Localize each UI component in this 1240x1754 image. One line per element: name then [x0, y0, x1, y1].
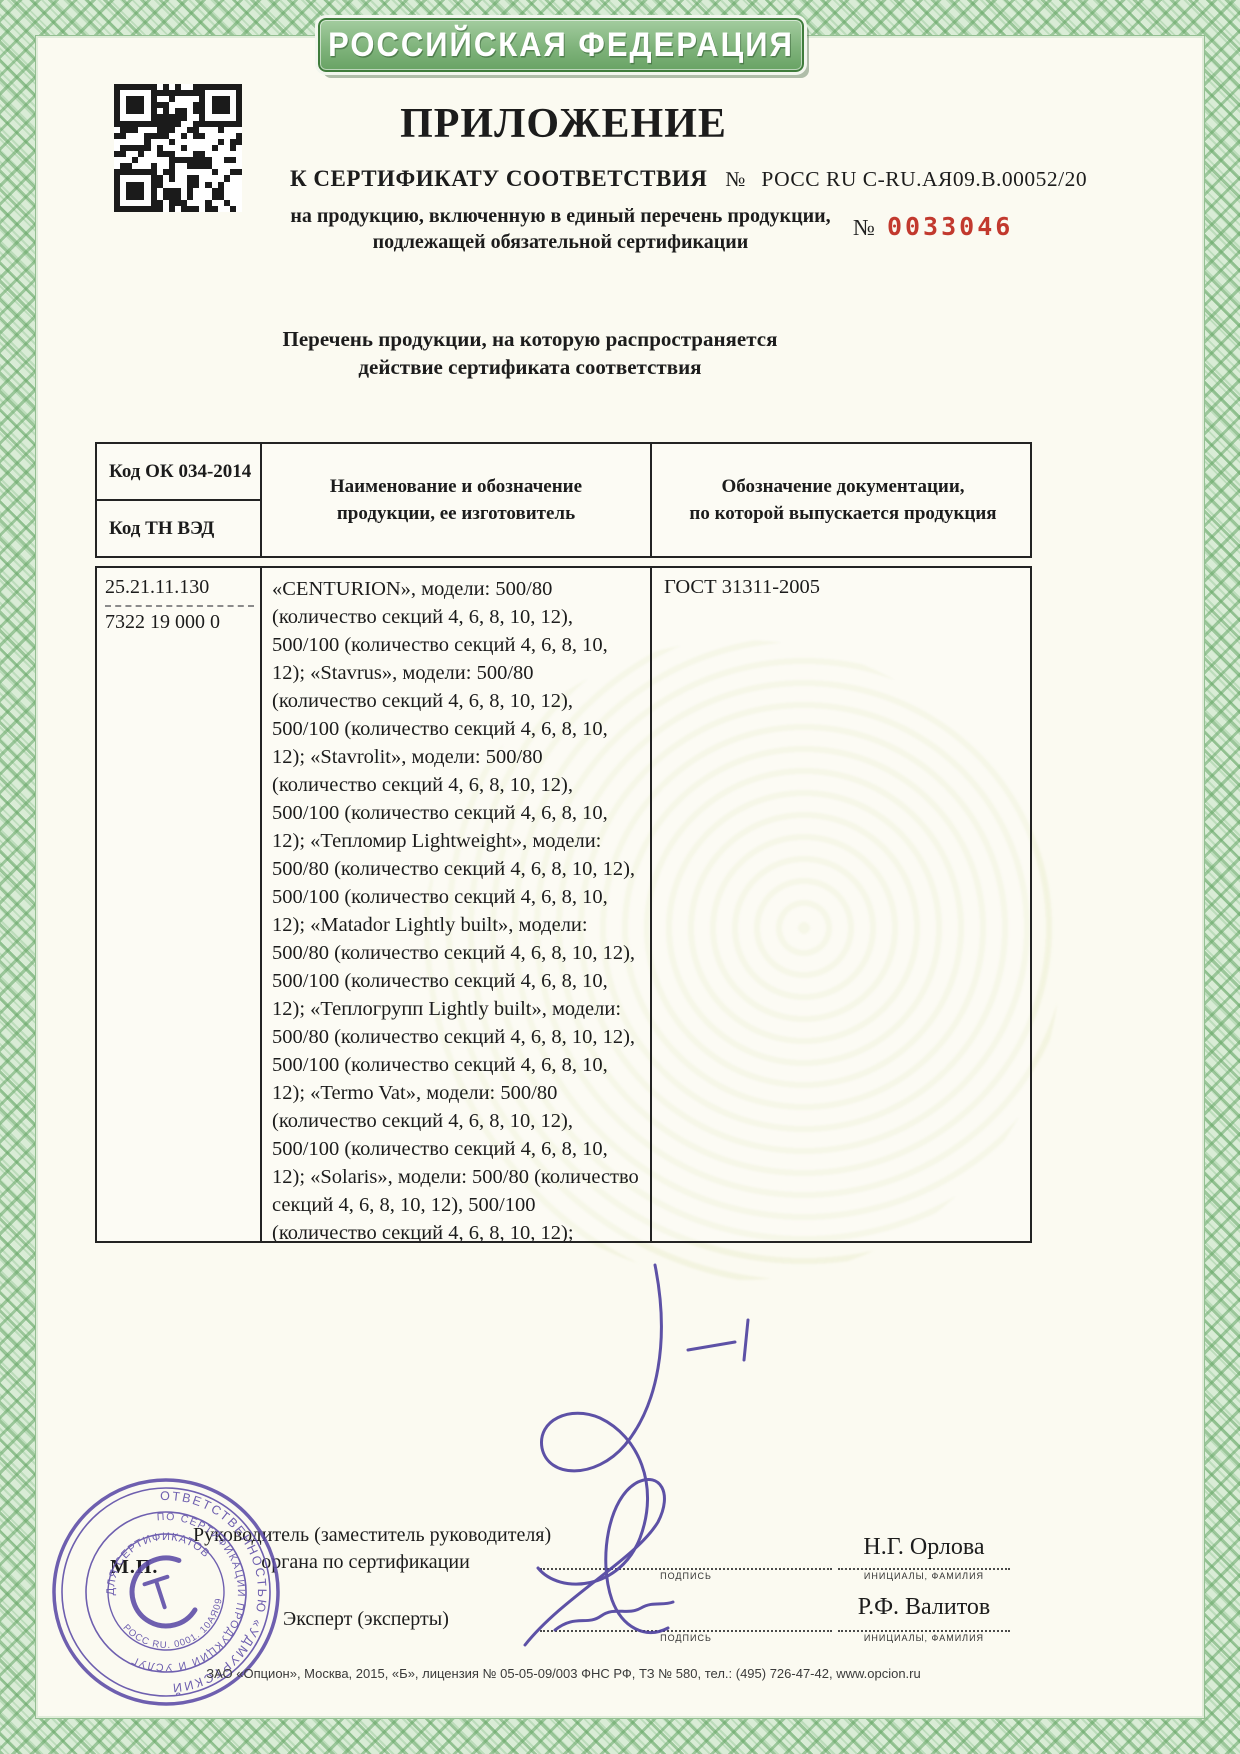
certificate-number: РОСС RU C-RU.АЯ09.В.00052/20 — [761, 167, 1087, 191]
blank-number-sign: № — [853, 215, 875, 240]
products-table-header: Код ОК 034-2014 Код ТН ВЭД Наименование … — [95, 442, 1032, 558]
section-title-line-2: действие сертификата соответствия — [95, 355, 965, 380]
head-name-line: Н.Г. Орлова — [838, 1534, 1010, 1570]
head-signer-name: Н.Г. Орлова — [863, 1534, 984, 1560]
code-tnved-value: 7322 19 000 0 — [105, 611, 254, 634]
country-banner: РОССИЙСКАЯ ФЕДЕРАЦИЯ — [318, 18, 804, 72]
initials-caption-expert: инициалы, фамилия — [838, 1633, 1010, 1643]
header-code-tnved: Код ТН ВЭД — [97, 501, 260, 556]
header-col-codes: Код ОК 034-2014 Код ТН ВЭД — [97, 444, 262, 556]
rost-test-mark-icon — [123, 1553, 197, 1635]
expert-signer-name: Р.Ф. Валитов — [858, 1594, 991, 1620]
country-banner-text: РОССИЙСКАЯ ФЕДЕРАЦИЯ — [328, 25, 794, 65]
cell-product-description: «CENTURION», модели: 500/80 (количество … — [262, 568, 652, 1241]
number-sign: № — [725, 167, 745, 191]
codes-dashed-divider — [105, 605, 254, 607]
expert-signature-line — [540, 1588, 832, 1632]
header-col-product: Наименование и обозначение продукции, ее… — [262, 444, 652, 556]
header-docs-line-1: Обозначение документации, — [721, 473, 964, 500]
expert-name-line: Р.Ф. Валитов — [838, 1594, 1010, 1632]
head-signature-line — [540, 1528, 832, 1570]
initials-caption-head: инициалы, фамилия — [838, 1571, 1010, 1581]
blank-serial-number: 0033046 — [887, 212, 1013, 241]
subtitle-line-1: на продукцию, включенную в единый перече… — [288, 205, 833, 228]
podpis-caption-expert: подпись — [540, 1633, 832, 1643]
podpis-caption-head: подпись — [540, 1571, 832, 1581]
header-code-ok: Код ОК 034-2014 — [97, 444, 260, 501]
expert-signer-label: Эксперт (эксперты) — [283, 1608, 449, 1631]
header-product-line-2: продукции, ее изготовитель — [337, 500, 575, 527]
certificate-page: РОССИЙСКАЯ ФЕДЕРАЦИЯ ПРИЛОЖЕНИЕ К СЕРТИФ… — [0, 0, 1240, 1754]
code-ok-value: 25.21.11.130 — [105, 576, 254, 605]
products-table-body: 25.21.11.130 7322 19 000 0 «CENTURION», … — [95, 566, 1032, 1243]
subtitle-line-2: подлежащей обязательной сертификации — [288, 231, 833, 254]
printing-house-info: ЗАО «Опцион», Москва, 2015, «Б», лицензи… — [95, 1666, 1032, 1681]
certificate-number-line: К СЕРТИФИКАТУ СООТВЕТСТВИЯ № РОСС RU C-R… — [290, 166, 1050, 192]
header-col-docs: Обозначение документации, по которой вып… — [652, 444, 1034, 556]
cell-codes: 25.21.11.130 7322 19 000 0 — [97, 568, 262, 1241]
header-docs-line-2: по которой выпускается продукция — [689, 500, 996, 527]
header-product-line-1: Наименование и обозначение — [330, 473, 582, 500]
certificate-line-label: К СЕРТИФИКАТУ СООТВЕТСТВИЯ — [290, 166, 707, 191]
section-title-line-1: Перечень продукции, на которую распростр… — [95, 327, 965, 352]
page-title: ПРИЛОЖЕНИЕ — [95, 100, 1032, 148]
cell-documentation: ГОСТ 31311-2005 — [652, 568, 1034, 1241]
blank-serial: № 0033046 — [853, 212, 1013, 241]
